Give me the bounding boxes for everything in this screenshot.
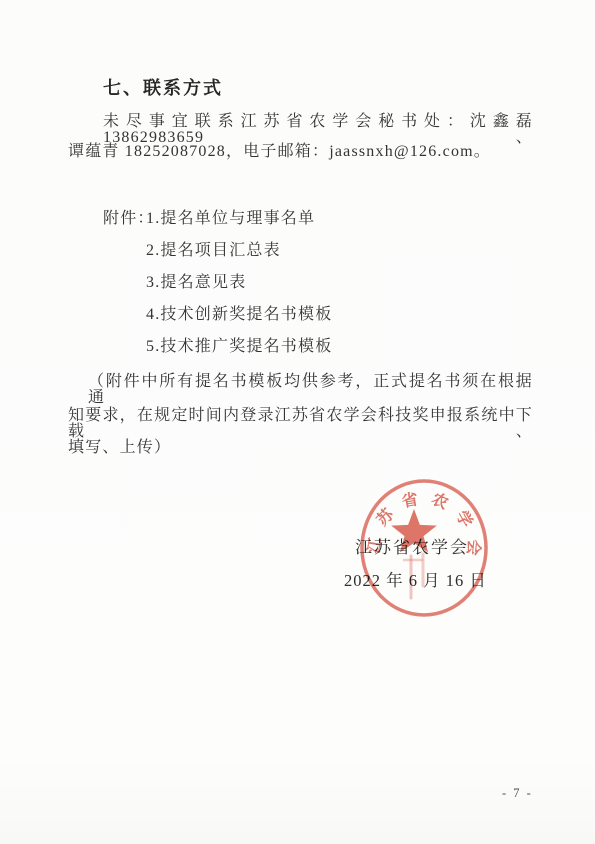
attachment-item: 5.技术推广奖提名书模板 <box>146 339 332 355</box>
contact-paragraph-line-1: 未尽事宜联系江苏省农学会秘书处：沈鑫磊 13862983659、 <box>103 114 533 146</box>
attachment-item: 3.提名意见表 <box>146 275 246 291</box>
attachments-note-line-3: 填写、上传） <box>68 440 171 456</box>
official-seal: 江苏省农学会 <box>340 458 520 643</box>
attachment-item: 2.提名项目汇总表 <box>146 243 281 259</box>
attachments-note-line-1: （附件中所有提名书模板均供参考，正式提名书须在根据通 <box>88 374 533 406</box>
contact-paragraph-line-2: 谭蕴青 18252087028，电子邮箱：jaassnxh@126.com。 <box>68 144 491 160</box>
attachment-item: 4.技术创新奖提名书模板 <box>146 307 332 323</box>
page-number: - 7 - <box>502 787 533 800</box>
document-page: 七、联系方式 未尽事宜联系江苏省农学会秘书处：沈鑫磊 13862983659、 … <box>0 0 595 844</box>
attachments-note-line-2: 知要求，在规定时间内登录江苏省农学会科技奖申报系统中下载、 <box>68 408 533 440</box>
section-heading: 七、联系方式 <box>103 79 223 97</box>
attachment-item: 1.提名单位与理事名单 <box>146 211 315 227</box>
